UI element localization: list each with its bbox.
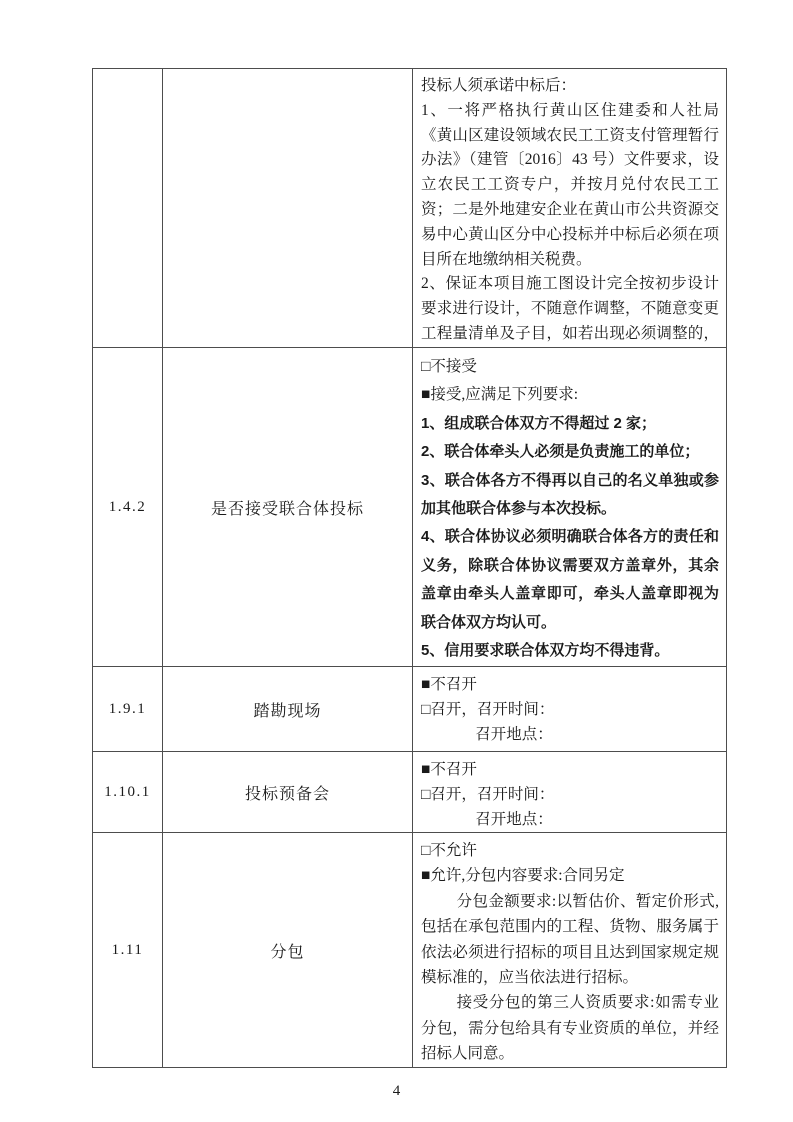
document-page: 投标人须承诺中标后： 1、一将严格执行黄山区住建委和人社局《黄山区建设领域农民工…	[0, 0, 793, 1122]
content-paragraph: 2、保证本项目施工图设计完全按初步设计要求进行设计，不随意作调整，不随意变更工程…	[421, 272, 719, 347]
checkbox-option-checked: ■接受,应满足下列要求:	[421, 381, 719, 409]
content-box: □不接受 ■接受,应满足下列要求: 1、组成联合体双方不得超过 2 家； 2、联…	[413, 348, 726, 666]
content-paragraph: 3、联合体各方不得再以自己的名义单独或参加其他联合体参与本次投标。	[421, 467, 719, 524]
content-paragraph: 1、组成联合体双方不得超过 2 家；	[421, 410, 719, 438]
content-box: ■不召开 □召开，召开时间： 召开地点：	[413, 667, 726, 751]
checkbox-option-checked: ■允许,分包内容要求:合同另定	[421, 863, 719, 888]
content-paragraph: 召开地点：	[475, 722, 719, 747]
clause-content-cell: □不接受 ■接受,应满足下列要求: 1、组成联合体双方不得超过 2 家； 2、联…	[413, 348, 727, 667]
clause-content-cell: ■不召开 □召开，召开时间： 召开地点：	[413, 752, 727, 833]
checkbox-option-checked: ■不召开	[421, 757, 719, 782]
checkbox-option-unchecked: □不允许	[421, 838, 719, 863]
table-row-pre-bid-meeting: 1.10.1 投标预备会 ■不召开 □召开，召开时间： 召开地点：	[93, 752, 727, 833]
content-paragraph: 投标人须承诺中标后：	[421, 74, 719, 99]
clause-name-cell: 踏勘现场	[163, 667, 413, 752]
clause-number-cell: 1.10.1	[93, 752, 163, 833]
checkbox-option-unchecked: □召开，召开时间：	[421, 782, 719, 807]
table-row-joint-venture: 1.4.2 是否接受联合体投标 □不接受 ■接受,应满足下列要求: 1、组成联合…	[93, 348, 727, 667]
content-paragraph: 分包金额要求:以暂估价、暂定价形式,包括在承包范围内的工程、货物、服务属于依法必…	[421, 889, 719, 991]
clause-content-cell: ■不召开 □召开，召开时间： 召开地点：	[413, 667, 727, 752]
content-paragraph: 4、联合体协议必须明确联合体各方的责任和义务，除联合体协议需要双方盖章外，其余盖…	[421, 523, 719, 637]
content-box: □不允许 ■允许,分包内容要求:合同另定 分包金额要求:以暂估价、暂定价形式,包…	[413, 833, 726, 1067]
content-paragraph: 2、联合体牵头人必须是负责施工的单位；	[421, 438, 719, 466]
clause-number-cell: 1.11	[93, 833, 163, 1068]
clause-name-cell: 投标预备会	[163, 752, 413, 833]
content-paragraph: 接受分包的第三人资质要求:如需专业分包，需分包给具有专业资质的单位，并经招标人同…	[421, 990, 719, 1066]
checkbox-option-checked: ■不召开	[421, 672, 719, 697]
checkbox-option-unchecked: □召开，召开时间：	[421, 697, 719, 722]
checkbox-option-unchecked: □不接受	[421, 353, 719, 381]
clause-number-cell	[93, 69, 163, 348]
content-paragraph: 5、信用要求联合体双方均不得违背。	[421, 637, 719, 665]
clause-name-cell: 是否接受联合体投标	[163, 348, 413, 667]
content-box: 投标人须承诺中标后： 1、一将严格执行黄山区住建委和人社局《黄山区建设领域农民工…	[413, 69, 726, 347]
clause-content-cell: 投标人须承诺中标后： 1、一将严格执行黄山区住建委和人社局《黄山区建设领域农民工…	[413, 69, 727, 348]
table-row-subcontracting: 1.11 分包 □不允许 ■允许,分包内容要求:合同另定 分包金额要求:以暂估价…	[93, 833, 727, 1068]
table-row-continuation: 投标人须承诺中标后： 1、一将严格执行黄山区住建委和人社局《黄山区建设领域农民工…	[93, 69, 727, 348]
content-paragraph: 召开地点：	[475, 807, 719, 832]
clause-number-cell: 1.9.1	[93, 667, 163, 752]
content-paragraph: 1、一将严格执行黄山区住建委和人社局《黄山区建设领域农民工工资支付管理暂行办法》…	[421, 99, 719, 273]
tender-clauses-table: 投标人须承诺中标后： 1、一将严格执行黄山区住建委和人社局《黄山区建设领域农民工…	[92, 68, 727, 1068]
page-number: 4	[0, 1083, 793, 1100]
table-row-site-visit: 1.9.1 踏勘现场 ■不召开 □召开，召开时间： 召开地点：	[93, 667, 727, 752]
clause-number-cell: 1.4.2	[93, 348, 163, 667]
clause-name-cell: 分包	[163, 833, 413, 1068]
clause-name-cell	[163, 69, 413, 348]
content-box: ■不召开 □召开，召开时间： 召开地点：	[413, 752, 726, 832]
clause-content-cell: □不允许 ■允许,分包内容要求:合同另定 分包金额要求:以暂估价、暂定价形式,包…	[413, 833, 727, 1068]
